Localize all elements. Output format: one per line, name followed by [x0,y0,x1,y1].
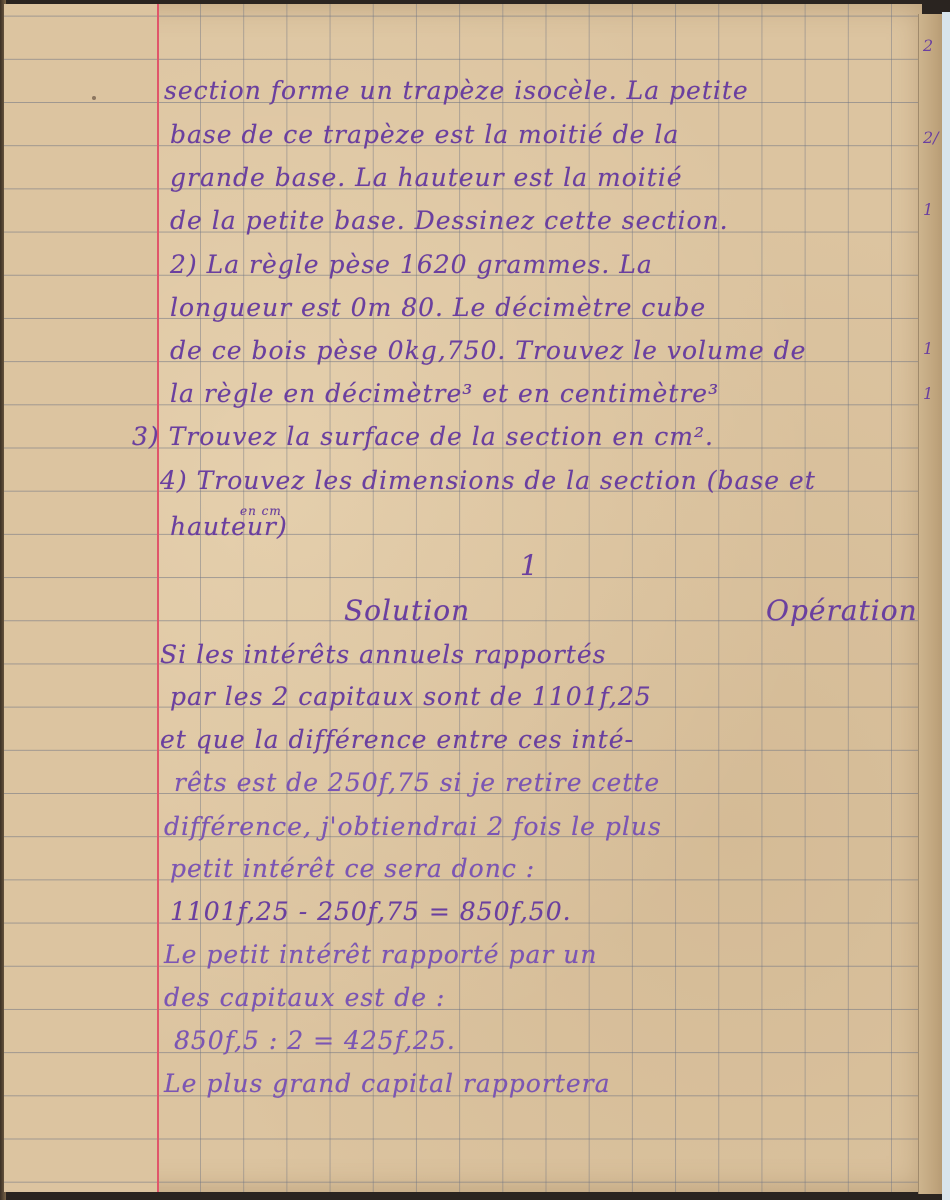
left-margin-area [4,4,157,1192]
edge-mark: 2/ [923,128,939,147]
solution-line-7: 1101f,25 - 250f,75 = 850f,50. [170,897,572,926]
solution-line-10: 850f,5 : 2 = 425f,25. [174,1026,456,1055]
edge-mark: 1 [923,200,933,219]
problem-line-3: grande base. La hauteur est la moitié [170,163,683,192]
solution-number: 1 [520,549,539,582]
problem-line-6: longueur est 0m 80. Le décimètre cube [170,293,706,322]
problem-line-9: 3) Trouvez la surface de la section en c… [132,422,714,451]
problem-line-11: hauteur) [170,512,288,541]
solution-line-4: rêts est de 250f,75 si je retire cette [174,768,660,797]
solution-line-8: Le petit intérêt rapporté par un [164,940,598,969]
problem-line-1: section forme un trapèze isocèle. La pet… [164,76,749,105]
problem-line-2: base de ce trapèze est la moitié de la [170,120,679,149]
red-margin-line [157,4,159,1192]
problem-line-4: de la petite base. Dessinez cette sectio… [170,206,729,235]
problem-line-10: 4) Trouvez les dimensions de la section … [160,466,816,495]
problem-line-8: la règle en décimètre³ et en centimètre³ [170,379,719,408]
solution-line-5: différence, j'obtiendrai 2 fois le plus [164,812,662,841]
scan-background [942,12,950,1200]
problem-line-7: de ce bois pèse 0kg,750. Trouvez le volu… [170,336,806,365]
problem-line-5: 2) La règle pèse 1620 grammes. La [170,250,653,279]
ink-spot [92,96,96,100]
solution-line-1: Si les intérêts annuels rapportés [160,640,606,669]
solution-line-2: par les 2 capitaux sont de 1101f,25 [170,682,652,711]
solution-heading: Solution [344,594,470,627]
solution-line-3: et que la différence entre ces inté- [160,725,634,754]
edge-mark: 1 [923,339,933,358]
edge-mark: 2 [923,36,933,55]
notebook-page: section forme un trapèze isocèle. La pet… [4,4,922,1192]
edge-mark: 1 [923,384,933,403]
solution-line-11: Le plus grand capital rapportera [164,1069,611,1098]
solution-line-9: des capitaux est de : [164,983,445,1012]
operations-heading: Opérations [766,594,933,627]
solution-line-6: petit intérêt ce sera donc : [170,854,535,883]
